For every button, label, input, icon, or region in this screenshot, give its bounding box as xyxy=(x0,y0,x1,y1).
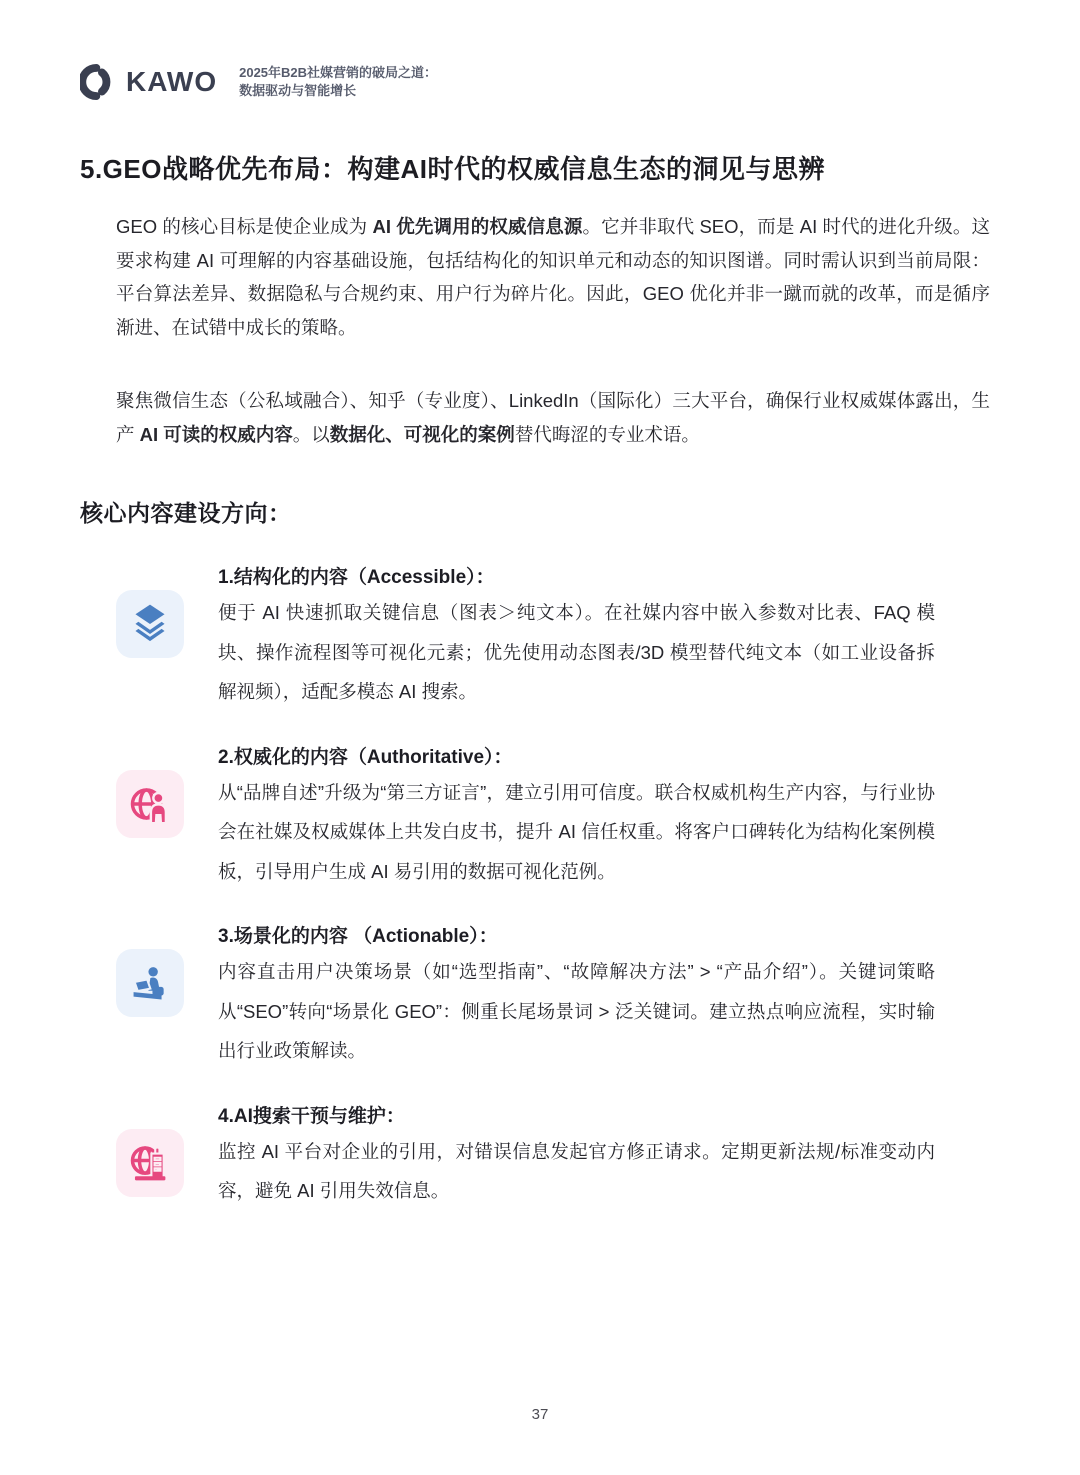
item-title: 1.结构化的内容（Accessible）： xyxy=(218,562,935,589)
kawo-logo: KAWO xyxy=(80,64,217,100)
page-header: KAWO 2025年B2B社媒营销的破局之道： 数据驱动与智能增长 xyxy=(80,64,990,100)
item-title: 2.权威化的内容（Authoritative）： xyxy=(218,742,935,769)
person-desk-icon xyxy=(116,949,184,1017)
item-body: 内容直击用户决策场景（如“选型指南”、“故障解决方法” > “产品介绍”）。关键… xyxy=(218,952,935,1071)
item-title: 4.AI搜索干预与维护： xyxy=(218,1101,935,1128)
list-item-actionable: 3.场景化的内容 （Actionable）： 内容直击用户决策场景（如“选型指南… xyxy=(116,921,935,1071)
item-body: 监控 AI 平台对企业的引用，对错误信息发起官方修正请求。定期更新法规/标准变动… xyxy=(218,1132,935,1211)
report-subtitle: 2025年B2B社媒营销的破局之道： 数据驱动与智能增长 xyxy=(233,64,437,100)
list-item-authoritative: 2.权威化的内容（Authoritative）： 从“品牌自述”升级为“第三方证… xyxy=(116,742,935,892)
intro-paragraph-2: 聚焦微信生态（公私域融合）、知乎（专业度）、LinkedIn（国际化）三大平台，… xyxy=(116,384,990,451)
item-body: 便于 AI 快速抓取关键信息（图表＞纯文本）。在社媒内容中嵌入参数对比表、FAQ… xyxy=(218,593,935,712)
list-item-accessible: 1.结构化的内容（Accessible）： 便于 AI 快速抓取关键信息（图表＞… xyxy=(116,562,935,712)
globe-person-icon xyxy=(116,770,184,838)
item-body: 从“品牌自述”升级为“第三方证言”，建立引用可信度。联合权威机构生产内容，与行业… xyxy=(218,773,935,892)
globe-building-icon xyxy=(116,1129,184,1197)
document-page: KAWO 2025年B2B社媒营销的破局之道： 数据驱动与智能增长 5.GEO战… xyxy=(0,0,1080,1211)
item-title: 3.场景化的内容 （Actionable）： xyxy=(218,921,935,948)
layers-icon xyxy=(116,590,184,658)
report-subtitle-line1: 2025年B2B社媒营销的破局之道： xyxy=(239,64,437,82)
section-title: 5.GEO战略优先布局：构建AI时代的权威信息生态的洞见与思辨 xyxy=(80,152,990,186)
list-item-ai-search-maintenance: 4.AI搜索干预与维护： 监控 AI 平台对企业的引用，对错误信息发起官方修正请… xyxy=(116,1101,935,1211)
report-subtitle-line2: 数据驱动与智能增长 xyxy=(239,82,437,100)
intro-paragraph-1: GEO 的核心目标是使企业成为 AI 优先调用的权威信息源。它并非取代 SEO，… xyxy=(116,210,990,344)
kawo-logo-icon xyxy=(80,64,116,100)
intro-paragraphs: GEO 的核心目标是使企业成为 AI 优先调用的权威信息源。它并非取代 SEO，… xyxy=(116,210,990,451)
page-number: 37 xyxy=(0,1406,1080,1423)
kawo-logo-text: KAWO xyxy=(126,66,217,98)
subsection-heading: 核心内容建设方向： xyxy=(80,495,990,528)
